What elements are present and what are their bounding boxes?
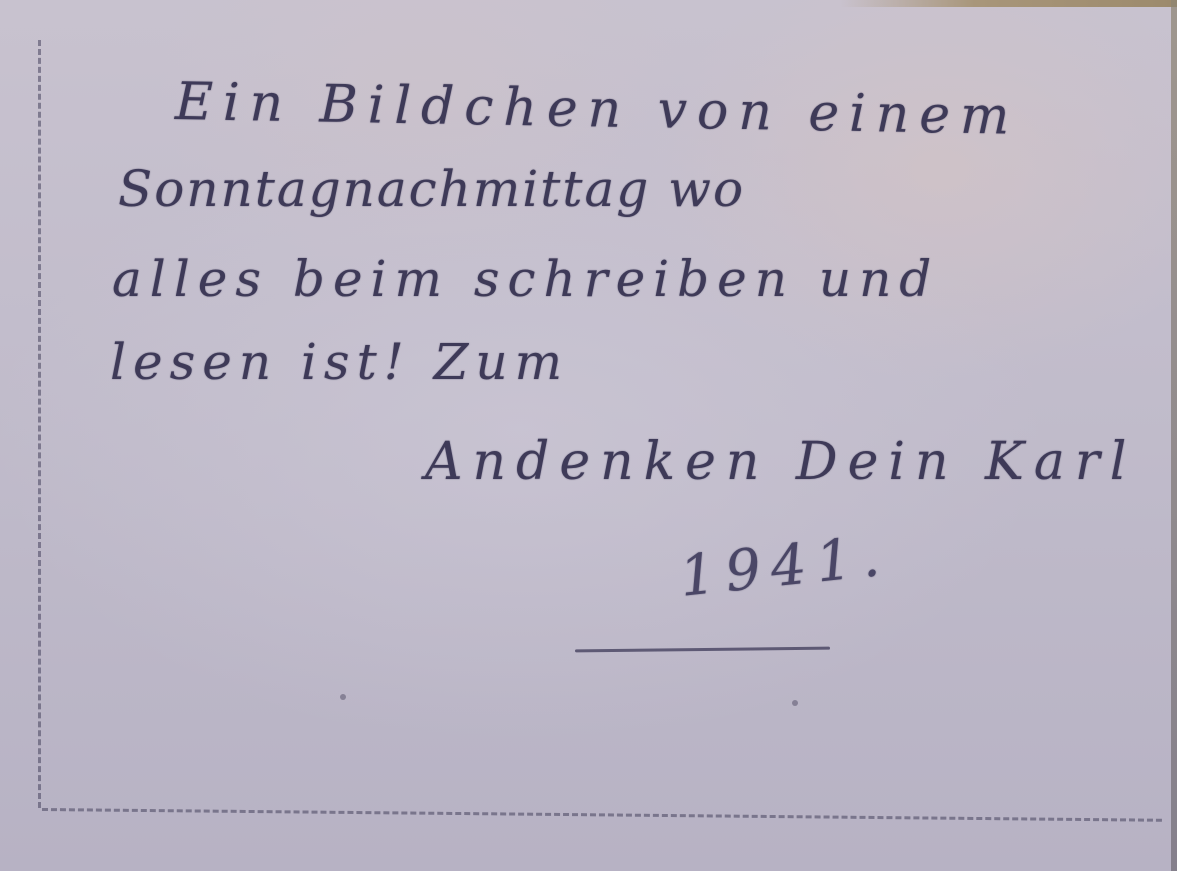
dashed-border-left [38, 40, 41, 808]
year-line: 1941. [677, 523, 893, 610]
handwritten-line-4: lesen ist! Zum [110, 333, 569, 391]
pencil-dot-mark [340, 694, 346, 700]
handwritten-line-1: Ein Bildchen von einem [174, 72, 1019, 147]
year-underline [575, 647, 830, 653]
handwritten-line-2: Sonntagnachmittag wo [118, 160, 745, 218]
handwritten-line-3: alles beim schreiben und [112, 250, 939, 308]
dashed-border-bottom [42, 808, 1162, 822]
photo-back-paper: Ein Bildchen von einem Sonntagnachmittag… [0, 0, 1177, 871]
signature-line: Andenken Dein Karl [425, 432, 1136, 492]
paper-top-edge [840, 0, 1177, 7]
paper-right-edge [1171, 0, 1177, 871]
pencil-dot-mark [792, 700, 798, 706]
